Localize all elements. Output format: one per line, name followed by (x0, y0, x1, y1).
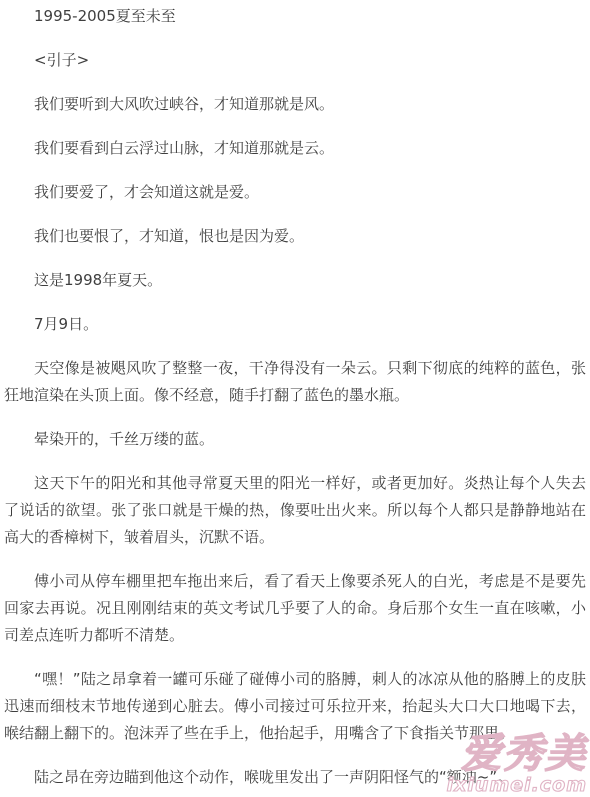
paragraph: 晕染开的，千丝万缕的蓝。 (4, 426, 586, 453)
paragraph: 我们要听到大风吹过峡谷，才知道那就是风。 (4, 91, 586, 118)
paragraph: 陆之昂在旁边瞄到他这个动作，喉咙里发出了一声阴阳怪气的“额油~”。 (4, 764, 586, 791)
paragraph: 我们也要恨了，才知道，恨也是因为爱。 (4, 223, 586, 250)
article-body: 1995-2005夏至未至<引子>我们要听到大风吹过峡谷，才知道那就是风。我们要… (0, 0, 590, 791)
paragraph: 这天下午的阳光和其他寻常夏天里的阳光一样好，或者更加好。炎热让每个人失去了说话的… (4, 470, 586, 551)
paragraph: “嘿！”陆之昂拿着一罐可乐碰了碰傅小司的胳膊，刺人的冰凉从他的胳膊上的皮肤迅速而… (4, 666, 586, 747)
paragraph: 7月9日。 (4, 311, 586, 338)
paragraph: 我们要看到白云浮过山脉，才知道那就是云。 (4, 135, 586, 162)
paragraph: <引子> (4, 47, 586, 74)
paragraph: 我们要爱了，才会知道这就是爱。 (4, 179, 586, 206)
article-page: 1995-2005夏至未至<引子>我们要听到大风吹过峡谷，才知道那就是风。我们要… (0, 0, 590, 797)
paragraph: 天空像是被飓风吹了整整一夜，干净得没有一朵云。只剩下彻底的纯粹的蓝色，张狂地渲染… (4, 355, 586, 409)
paragraph: 傅小司从停车棚里把车拖出来后，看了看天上像要杀死人的白光，考虑是不是要先回家去再… (4, 568, 586, 649)
paragraph: 这是1998年夏天。 (4, 267, 586, 294)
paragraph: 1995-2005夏至未至 (4, 3, 586, 30)
